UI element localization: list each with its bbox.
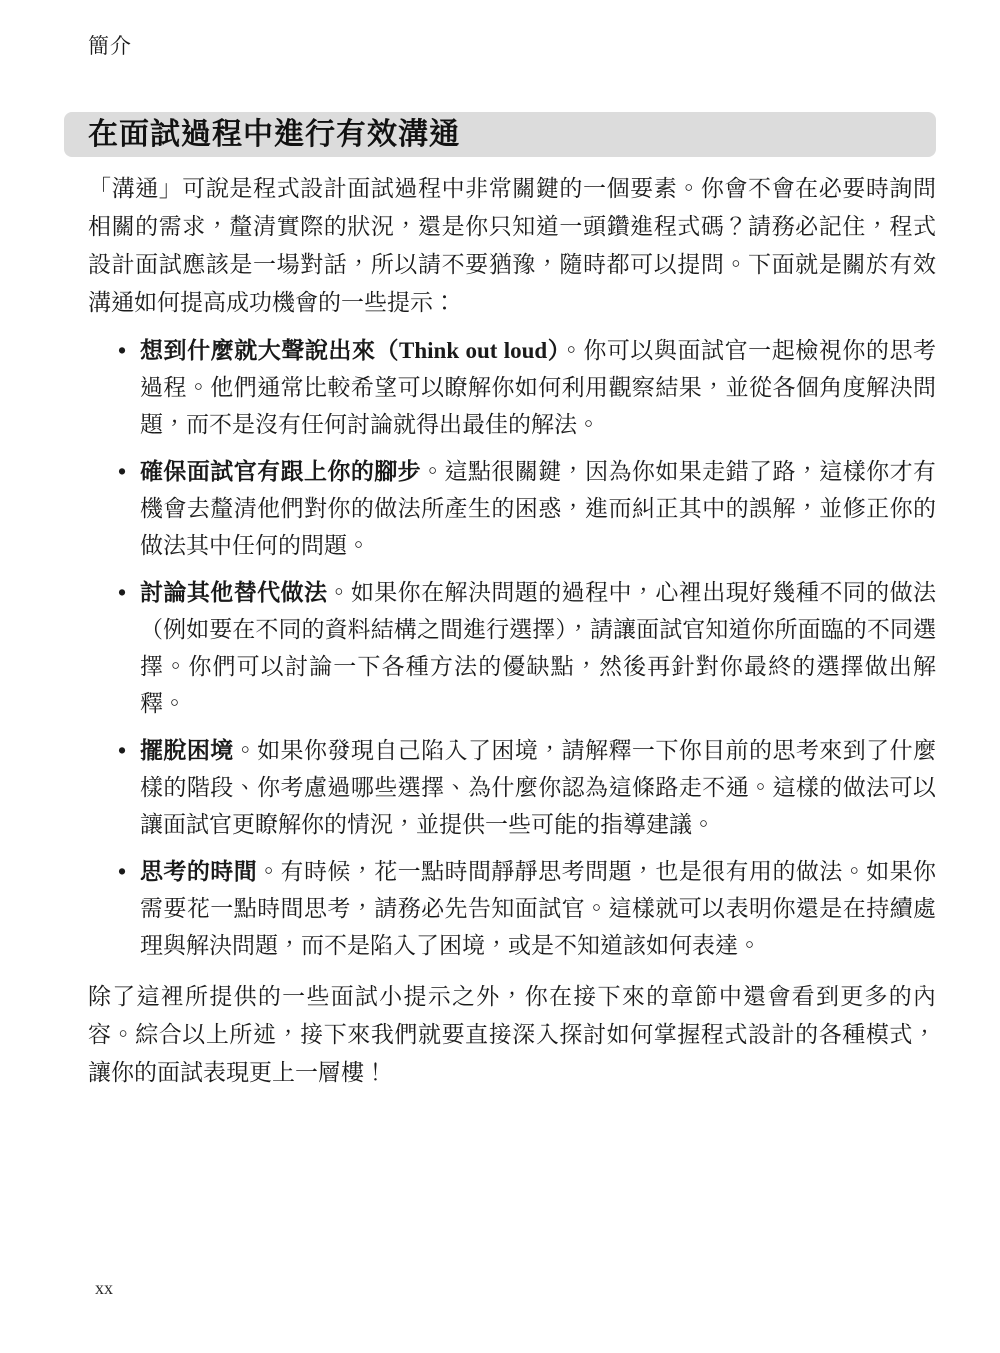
- intro-paragraph: 「溝通」可說是程式設計面試過程中非常關鍵的一個要素。你會不會在必要時詢問相關的需…: [88, 170, 936, 322]
- page-number: xx: [95, 1278, 113, 1299]
- tip-lead: 思考的時間: [140, 859, 257, 884]
- bullet-icon: •: [118, 574, 126, 611]
- bullet-icon: •: [118, 853, 126, 890]
- running-header: 簡介: [88, 30, 132, 60]
- page-content: 「溝通」可說是程式設計面試過程中非常關鍵的一個要素。你會不會在必要時詢問相關的需…: [88, 170, 936, 1092]
- bullet-icon: •: [118, 332, 126, 369]
- list-item: •擺脫困境。如果你發現自己陷入了困境，請解釋一下你目前的思考來到了什麼樣的階段、…: [88, 732, 936, 843]
- tips-list: •想到什麼就大聲說出來（Think out loud）。你可以與面試官一起檢視你…: [88, 332, 936, 964]
- list-item: •確保面試官有跟上你的腳步。這點很關鍵，因為你如果走錯了路，這樣你才有機會去釐清…: [88, 453, 936, 564]
- book-page: 簡介 在面試過程中進行有效溝通 「溝通」可說是程式設計面試過程中非常關鍵的一個要…: [0, 0, 1000, 1353]
- bullet-icon: •: [118, 732, 126, 769]
- tip-lead: 討論其他替代做法: [140, 580, 327, 605]
- list-item: •思考的時間。有時候，花一點時間靜靜思考問題，也是很有用的做法。如果你需要花一點…: [88, 853, 936, 964]
- tip-body: 。有時候，花一點時間靜靜思考問題，也是很有用的做法。如果你需要花一點時間思考，請…: [140, 859, 936, 958]
- section-heading: 在面試過程中進行有效溝通: [64, 112, 936, 157]
- tip-body: 。如果你發現自己陷入了困境，請解釋一下你目前的思考來到了什麼樣的階段、你考慮過哪…: [140, 738, 936, 837]
- tip-lead: 擺脫困境: [140, 738, 234, 763]
- tip-lead: 確保面試官有跟上你的腳步: [140, 459, 421, 484]
- list-item: •想到什麼就大聲說出來（Think out loud）。你可以與面試官一起檢視你…: [88, 332, 936, 443]
- tip-lead: 想到什麼就大聲說出來（Think out loud）: [140, 338, 560, 363]
- bullet-icon: •: [118, 453, 126, 490]
- list-item: •討論其他替代做法。如果你在解決問題的過程中，心裡出現好幾種不同的做法（例如要在…: [88, 574, 936, 722]
- closing-paragraph: 除了這裡所提供的一些面試小提示之外，你在接下來的章節中還會看到更多的內容。綜合以…: [88, 978, 936, 1092]
